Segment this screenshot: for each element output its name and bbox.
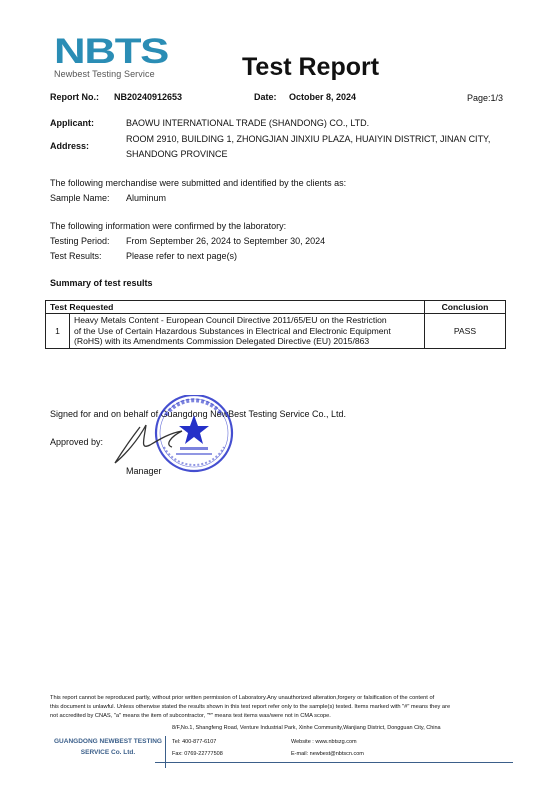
- test-results: Please refer to next page(s): [126, 251, 237, 261]
- row-test-description: Heavy Metals Content - European Council …: [70, 314, 425, 349]
- row-test-line1: Heavy Metals Content - European Council …: [74, 315, 420, 326]
- row-conclusion: PASS: [425, 314, 506, 349]
- logo-mark: NBTS: [54, 37, 192, 67]
- footer-email[interactable]: E-mail: newbest@nbtscn.com: [291, 751, 364, 757]
- footer-tel: Tel: 400-877-6107: [172, 739, 216, 745]
- footer-fax: Fax: 0769-22777508: [172, 751, 223, 757]
- disclaimer-line2: this document is unlawful. Unless otherw…: [50, 703, 520, 712]
- disclaimer: This report cannot be reproduced partly,…: [50, 694, 520, 721]
- signature-and-stamp: [110, 395, 250, 480]
- footer-company-line2: SERVICE Co. Ltd.: [48, 749, 168, 756]
- address-line2: SHANDONG PROVINCE: [126, 149, 228, 159]
- address-label: Address:: [50, 141, 89, 151]
- approved-by-label: Approved by:: [50, 437, 103, 447]
- lab-intro: The following information were confirmed…: [50, 221, 286, 231]
- testing-period: From September 26, 2024 to September 30,…: [126, 236, 325, 246]
- testing-period-label: Testing Period:: [50, 236, 110, 246]
- summary-heading: Summary of test results: [50, 278, 153, 288]
- test-results-label: Test Results:: [50, 251, 102, 261]
- footer-vertical-divider: [165, 736, 166, 768]
- nbts-logo: NBTS Newbest Testing Service: [54, 37, 164, 82]
- disclaimer-line1: This report cannot be reproduced partly,…: [50, 694, 520, 703]
- report-no-label: Report No.:: [50, 92, 99, 102]
- sample-intro: The following merchandise were submitted…: [50, 178, 346, 188]
- applicant-label: Applicant:: [50, 118, 94, 128]
- table-row: 1 Heavy Metals Content - European Counci…: [46, 314, 506, 349]
- sample-name-label: Sample Name:: [50, 193, 110, 203]
- report-no: NB20240912653: [114, 92, 182, 102]
- company-stamp-icon: [156, 395, 232, 471]
- row-test-line3: (RoHS) with its Amendments Commission De…: [74, 336, 420, 347]
- summary-header-row: Test Requested Conclusion: [46, 301, 506, 314]
- footer-horizontal-divider: [155, 762, 513, 763]
- footer-address: 8/F,No.1, Shangfeng Road, Venture Indust…: [172, 725, 441, 731]
- sample-name: Aluminum: [126, 193, 166, 203]
- page-number: Page:1/3: [467, 93, 503, 103]
- applicant-value: BAOWU INTERNATIONAL TRADE (SHANDONG) CO.…: [126, 118, 369, 128]
- disclaimer-line3: not accredited by CNAS, "a" means the it…: [50, 712, 520, 721]
- summary-table: Test Requested Conclusion 1 Heavy Metals…: [45, 300, 506, 349]
- footer-company: GUANGDONG NEWBEST TESTING SERVICE Co. Lt…: [48, 738, 168, 756]
- page-title: Test Report: [242, 53, 379, 82]
- footer-website[interactable]: Website : www.nbtszg.com: [291, 739, 357, 745]
- row-test-line2: of the Use of Certain Hazardous Substanc…: [74, 326, 420, 337]
- footer-company-line1: GUANGDONG NEWBEST TESTING: [48, 738, 168, 745]
- address-line1: ROOM 2910, BUILDING 1, ZHONGJIAN JINXIU …: [126, 134, 490, 144]
- col-conclusion: Conclusion: [425, 301, 506, 314]
- col-test-requested: Test Requested: [46, 301, 425, 314]
- row-number: 1: [46, 314, 70, 349]
- date-label: Date:: [254, 92, 277, 102]
- report-date: October 8, 2024: [289, 92, 356, 102]
